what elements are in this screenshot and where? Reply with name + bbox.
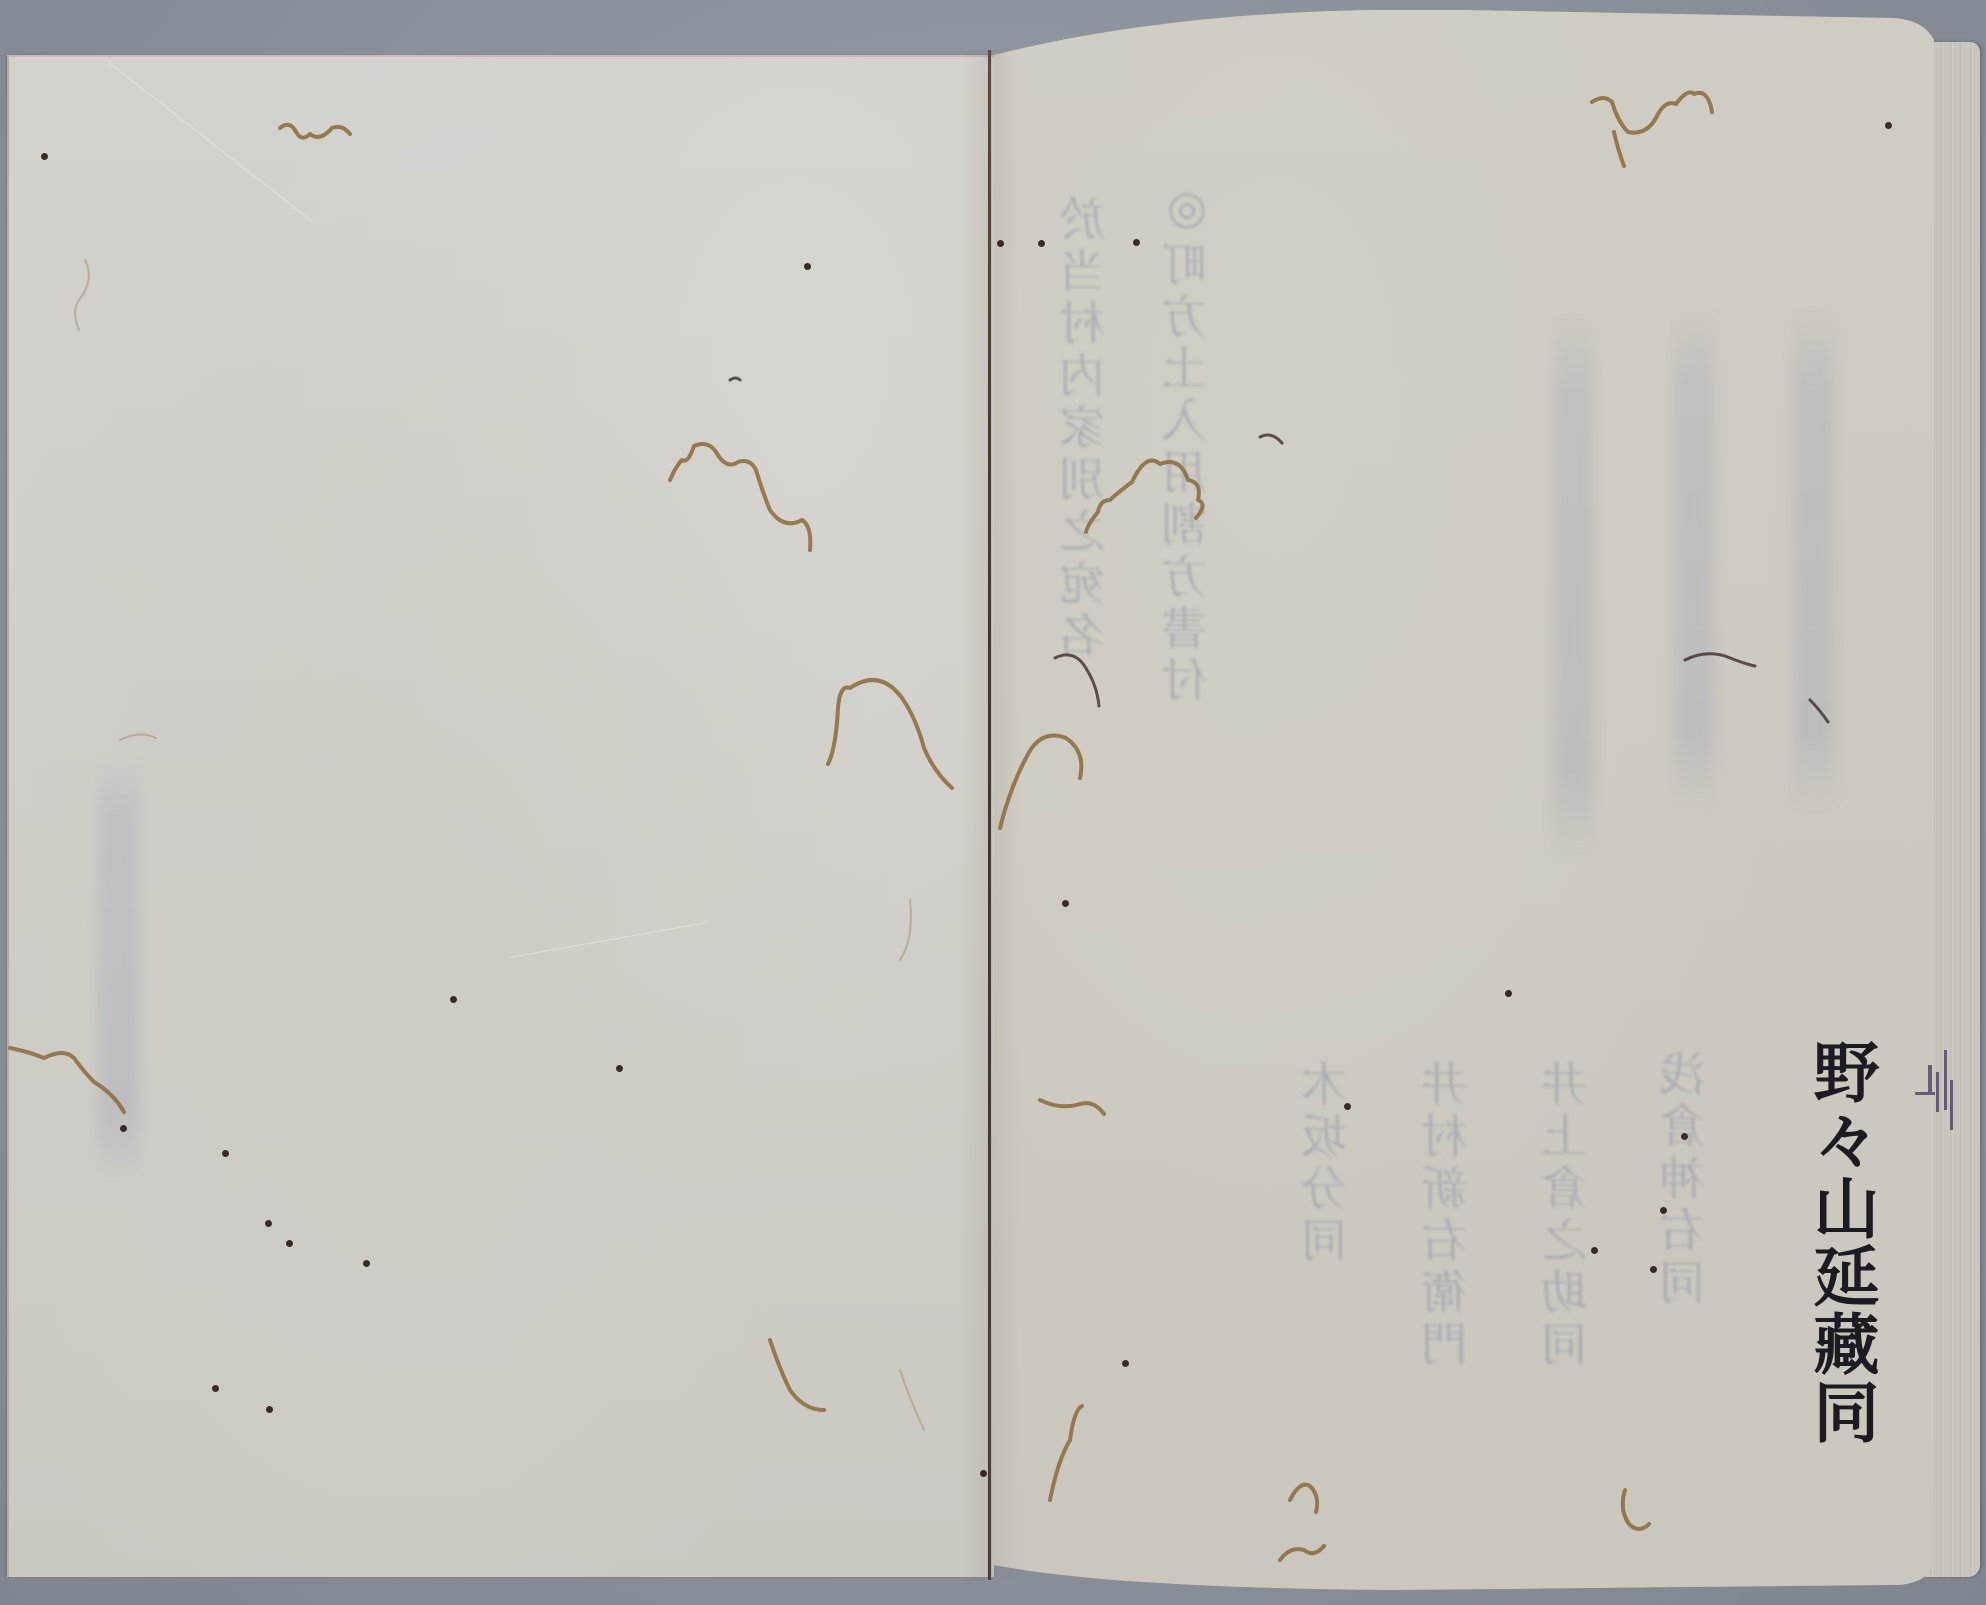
bleedthrough-column: 井村新右衛門 (1424, 1060, 1454, 1420)
bleedthrough-band (1554, 310, 1594, 860)
bleedthrough-column: 於当村内家別之宛名 (1062, 195, 1092, 1275)
bleedthrough-band (99, 757, 139, 1177)
right-page: ◎町方土入用割方書付 於当村内家別之宛名 木坂分同 井村新右衛門 井上倉之助同 … (994, 10, 1934, 1590)
wormhole (1650, 1266, 1657, 1273)
wormhole (997, 240, 1004, 247)
bleedthrough-column: 浅倉神右同 (1662, 1050, 1692, 1410)
wormhole (266, 1406, 273, 1413)
wormhole (120, 1125, 127, 1132)
bleedthrough-column: ◎町方土入用割方書付 (1164, 180, 1194, 1230)
book-gutter (988, 50, 991, 1580)
wormhole (1133, 239, 1140, 246)
left-page (7, 55, 994, 1577)
wormhole (1505, 990, 1512, 997)
bleedthrough-column: 木坂分同 (1304, 1060, 1334, 1420)
wormhole (41, 153, 48, 160)
paper-crease (509, 922, 706, 958)
wormhole (450, 996, 457, 1003)
bleedthrough-band (1674, 310, 1714, 810)
paper-crease (108, 62, 313, 223)
wormhole (363, 1260, 370, 1267)
bleedthrough-band (1794, 310, 1834, 810)
wormhole (1681, 1133, 1688, 1140)
wormhole (1660, 1207, 1667, 1214)
owner-inscription: 野々山延藏同 (1808, 1038, 1874, 1446)
wormhole (804, 263, 811, 270)
bleedthrough-column: 井上倉之助同 (1544, 1060, 1574, 1420)
wormhole (1062, 900, 1069, 907)
wormhole (212, 1385, 219, 1392)
wormhole (1885, 122, 1892, 129)
wormhole (1591, 1247, 1598, 1254)
wormhole (265, 1220, 272, 1227)
wormhole (1122, 1360, 1129, 1367)
wormhole (286, 1240, 293, 1247)
wormhole (980, 1470, 987, 1477)
wormhole (1038, 240, 1045, 247)
wormhole (1344, 1103, 1351, 1110)
wormhole (222, 1150, 229, 1157)
wormhole (616, 1065, 623, 1072)
